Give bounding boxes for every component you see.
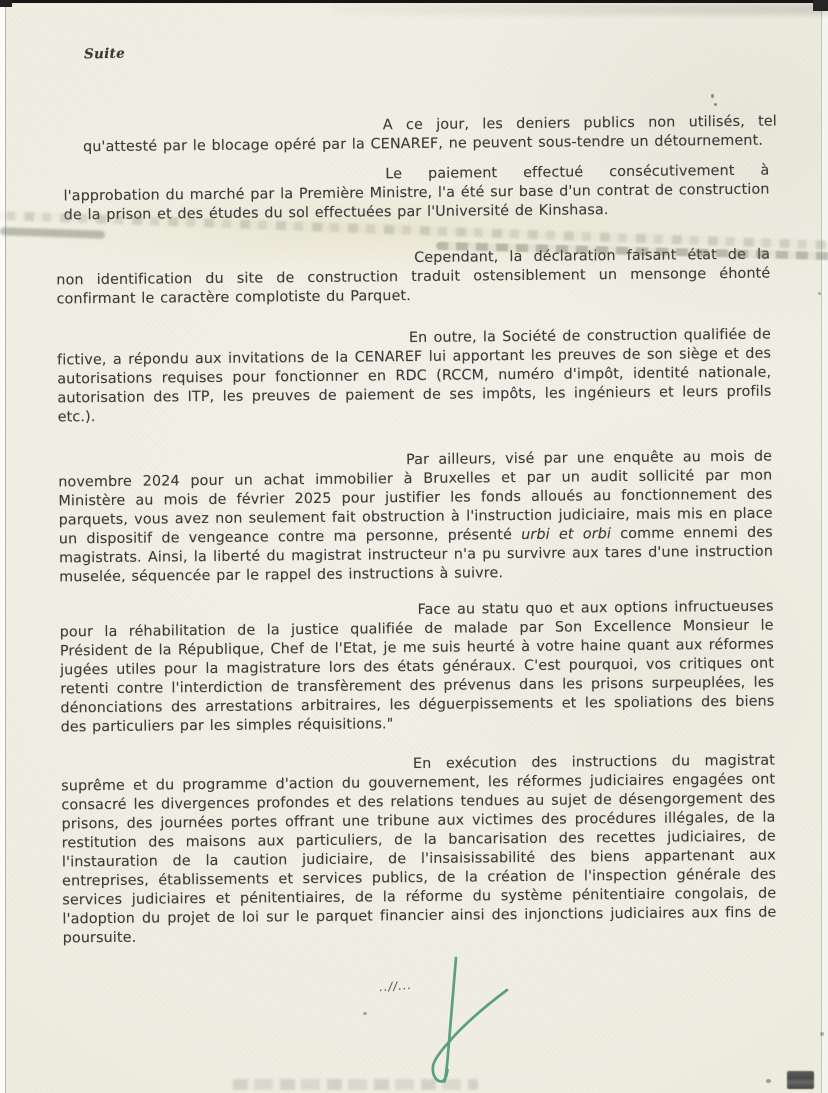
stamp-fragment [787, 1071, 814, 1089]
scan-corner-top-right [813, 0, 828, 11]
handwritten-signature-mark [392, 948, 522, 1093]
body-paragraph: En outre, la Société de construction qua… [57, 326, 772, 428]
scan-speck [766, 1079, 771, 1083]
body-paragraph: Par ailleurs, visé par une enquête au mo… [58, 448, 773, 588]
body-paragraph: En exécution des instructions du magistr… [61, 752, 777, 949]
scan-speck [818, 292, 821, 295]
scan-speck [711, 94, 714, 98]
signature-stem-stroke [445, 958, 457, 1082]
scanned-document-page: Suite A ce jour, les deniers publics non… [0, 0, 828, 1093]
latin-phrase-italic: urbi et orbi [521, 526, 611, 543]
scan-top-shadow [331, 3, 828, 15]
signature-sweep-stroke [433, 990, 507, 1082]
page-continuation-label: Suite [84, 46, 125, 63]
scan-speck [363, 1012, 367, 1015]
scan-corner-top-left [0, 0, 12, 7]
scan-speck [820, 1032, 824, 1036]
scan-edge-left [0, 0, 6, 1093]
body-paragraph: Face au statu quo et aux options infruct… [59, 598, 774, 738]
scan-edge-right [821, 0, 828, 1093]
body-paragraph: Le paiement effectué consécutivement à l… [63, 162, 770, 226]
scan-speck [714, 103, 717, 106]
body-paragraph: A ce jour, les deniers publics non utili… [83, 113, 777, 158]
